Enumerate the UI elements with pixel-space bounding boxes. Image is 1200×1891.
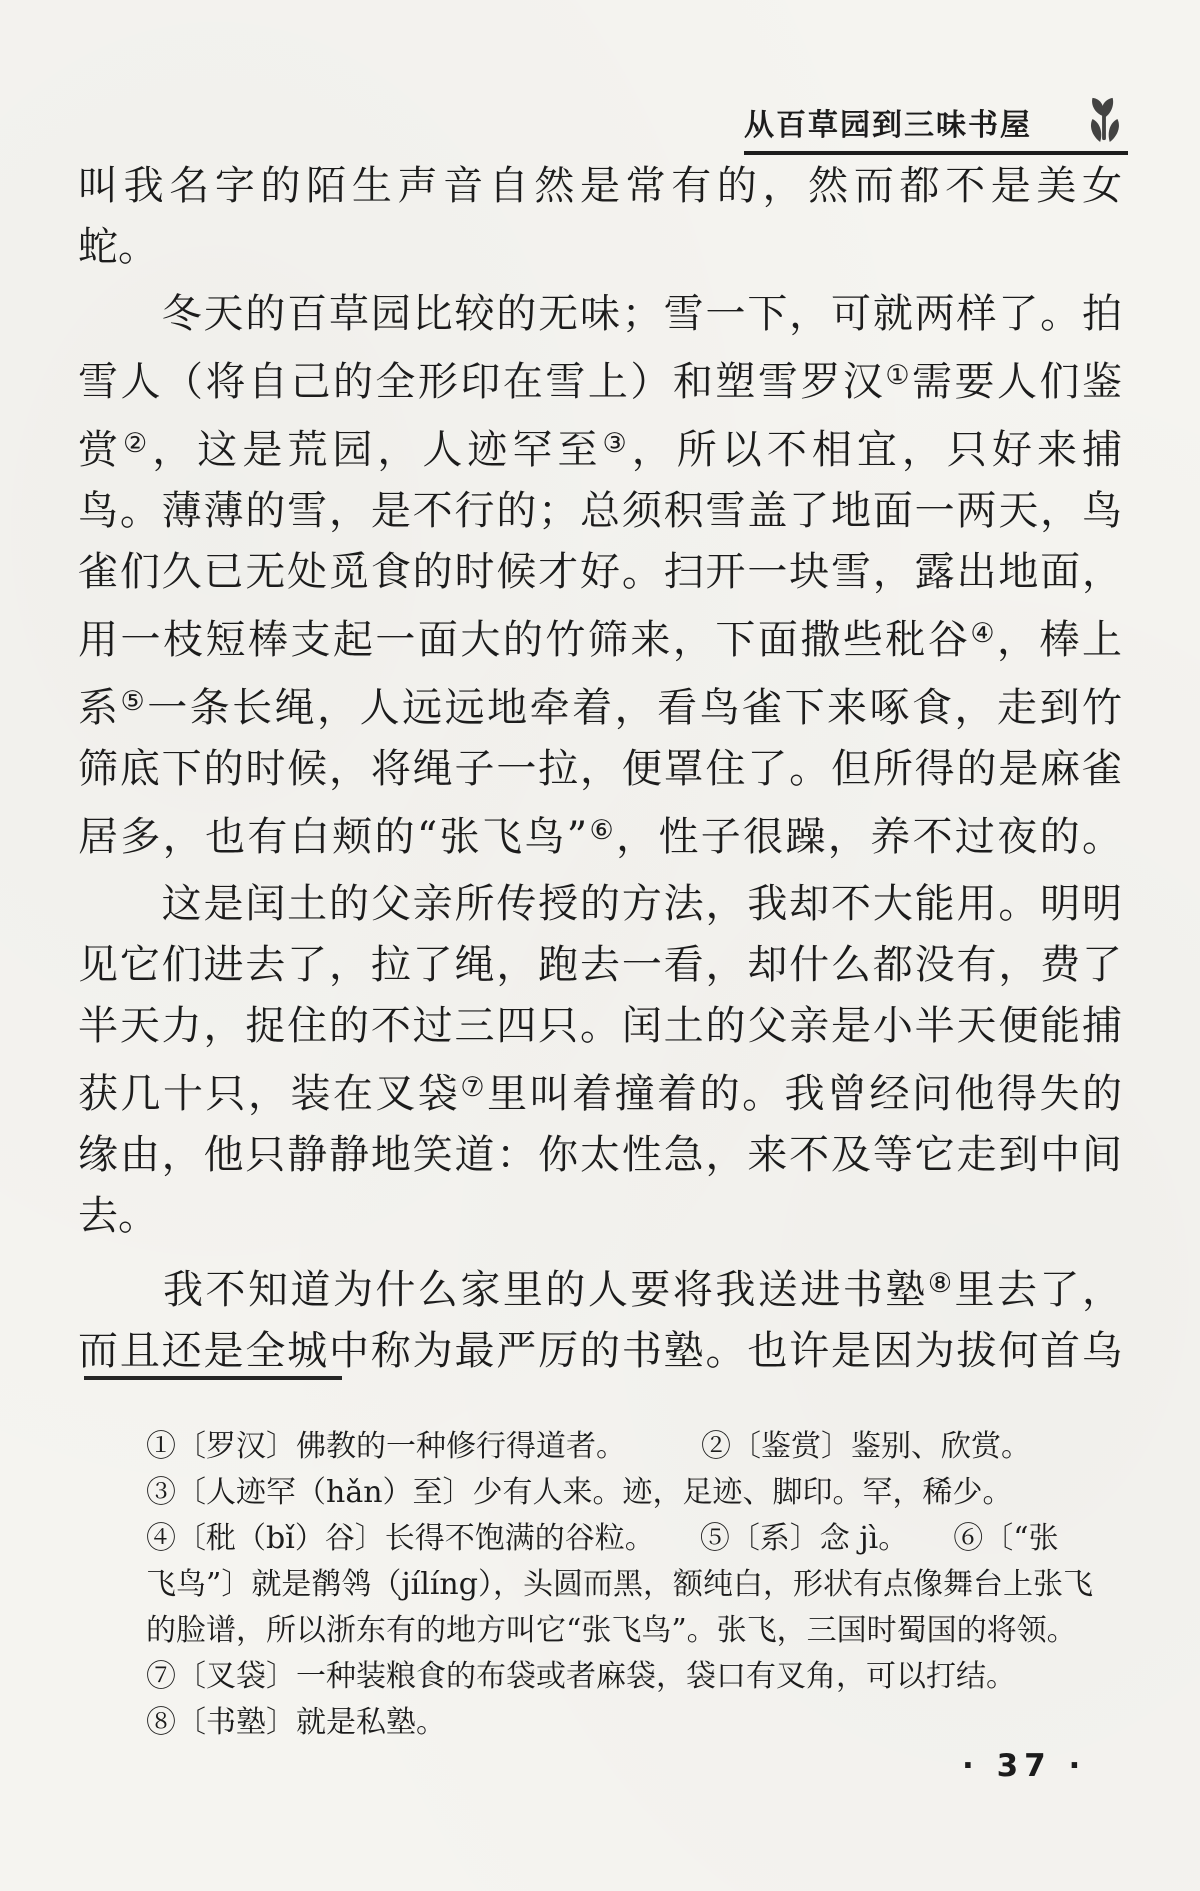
body-text-line: 这是闰土的父亲所传授的方法，我却不大能用。明明 [78, 874, 1122, 935]
body-text-line: 筛底下的时候，将绳子一拉，便罩住了。但所得的是麻雀 [78, 739, 1122, 800]
footnote-ref: ③ [146, 1475, 176, 1510]
body-text-line: 而且还是全城中称为最严厉的书塾。也许是因为拔何首乌 [78, 1321, 1122, 1382]
footnote-line: ①〔罗汉〕佛教的一种修行得道者。 ②〔鉴赏〕鉴别、欣赏。 [146, 1424, 1126, 1470]
body-text-line: 去。 [78, 1186, 1122, 1247]
footnote-ref: ② [123, 428, 152, 459]
footnote-ref: ⑦ [460, 1072, 487, 1103]
plant-sprout-icon [1080, 94, 1128, 144]
footnote-ref: ④ [146, 1521, 176, 1556]
footnote-ref: ③ [603, 428, 632, 459]
body-text-line: 半天力，捉住的不过三四只。闰土的父亲是小半天便能捕 [78, 996, 1122, 1057]
body-text-line: 冬天的百草园比较的无味；雪一下，可就两样了。拍 [78, 284, 1122, 345]
footnote-ref: ① [885, 360, 912, 391]
running-title: 从百草园到三味书屋 [744, 100, 1032, 144]
footnote-ref: ⑤ [700, 1521, 730, 1556]
body-text-line: 雪人（将自己的全形印在雪上）和塑雪罗汉①需要人们鉴 [78, 345, 1122, 413]
footnote-ref: ② [701, 1429, 731, 1464]
footnote-line: ④〔秕（bǐ）谷〕长得不饱满的谷粒。 ⑤〔系〕念 jì。 ⑥〔“张 [146, 1516, 1126, 1562]
footnote-line: 飞鸟”〕就是鹡鸰（jílíng），头圆而黑，额纯白，形状有点像舞台上张飞 [146, 1562, 1126, 1608]
body-text-line: 缘由，他只静静地笑道：你太性急，来不及等它走到中间 [78, 1125, 1122, 1186]
body-text-line: 系⑤一条长绳，人远远地牵着，看鸟雀下来啄食，走到竹 [78, 671, 1122, 739]
body-text-line: 居多，也有白颊的“张飞鸟”⑥，性子很躁，养不过夜的。 [78, 800, 1122, 868]
footnotes: ①〔罗汉〕佛教的一种修行得道者。 ②〔鉴赏〕鉴别、欣赏。③〔人迹罕（hǎn）至〕… [146, 1424, 1126, 1746]
footnote-ref: ① [146, 1429, 176, 1464]
footnote-ref: ⑧ [928, 1268, 955, 1299]
body-text-line: 雀们久已无处觅食的时候才好。扫开一块雪，露出地面， [78, 542, 1122, 603]
footnote-ref: ⑦ [146, 1659, 176, 1694]
page: 从百草园到三味书屋 叫我名字的陌生声音自然是常有的，然而都不是美女蛇。 冬天的百… [0, 0, 1200, 1891]
body-text-line: 见它们进去了，拉了绳，跑去一看，却什么都没有，费了 [78, 935, 1122, 996]
body-text-line: 获几十只，装在叉袋⑦里叫着撞着的。我曾经问他得失的 [78, 1057, 1122, 1125]
footnote-ref: ⑥ [587, 815, 616, 846]
body-text-line: 用一枝短棒支起一面大的竹筛来，下面撒些秕谷④，棒上 [78, 603, 1122, 671]
page-header: 从百草园到三味书屋 [744, 94, 1128, 155]
body-text-line: 赏②，这是荒园，人迹罕至③，所以不相宜，只好来捕 [78, 413, 1122, 481]
body-text-line: 叫我名字的陌生声音自然是常有的，然而都不是美女 [78, 156, 1122, 217]
body-text-line: 我不知道为什么家里的人要将我送进书塾⑧里去了， [78, 1253, 1122, 1321]
footnote-divider [84, 1376, 342, 1380]
page-number: · 37 · [962, 1748, 1086, 1784]
footnote-line: 的脸谱，所以浙东有的地方叫它“张飞鸟”。张飞，三国时蜀国的将领。 [146, 1608, 1126, 1654]
body-text-line: 鸟。薄薄的雪，是不行的；总须积雪盖了地面一两天，鸟 [78, 481, 1122, 542]
footnote-line: ⑦〔叉袋〕一种装粮食的布袋或者麻袋，袋口有叉角，可以打结。 [146, 1654, 1126, 1700]
body-text: 叫我名字的陌生声音自然是常有的，然而都不是美女蛇。 冬天的百草园比较的无味；雪一… [78, 156, 1122, 1382]
body-text-line: 蛇。 [78, 217, 1122, 278]
footnote-ref: ④ [970, 618, 997, 649]
footnote-line: ③〔人迹罕（hǎn）至〕少有人来。迹，足迹、脚印。罕，稀少。 [146, 1470, 1126, 1516]
footnote-ref: ⑥ [953, 1521, 983, 1556]
footnote-ref: ⑤ [121, 686, 148, 717]
footnote-line: ⑧〔书塾〕就是私塾。 [146, 1700, 1126, 1746]
footnote-ref: ⑧ [146, 1705, 176, 1740]
